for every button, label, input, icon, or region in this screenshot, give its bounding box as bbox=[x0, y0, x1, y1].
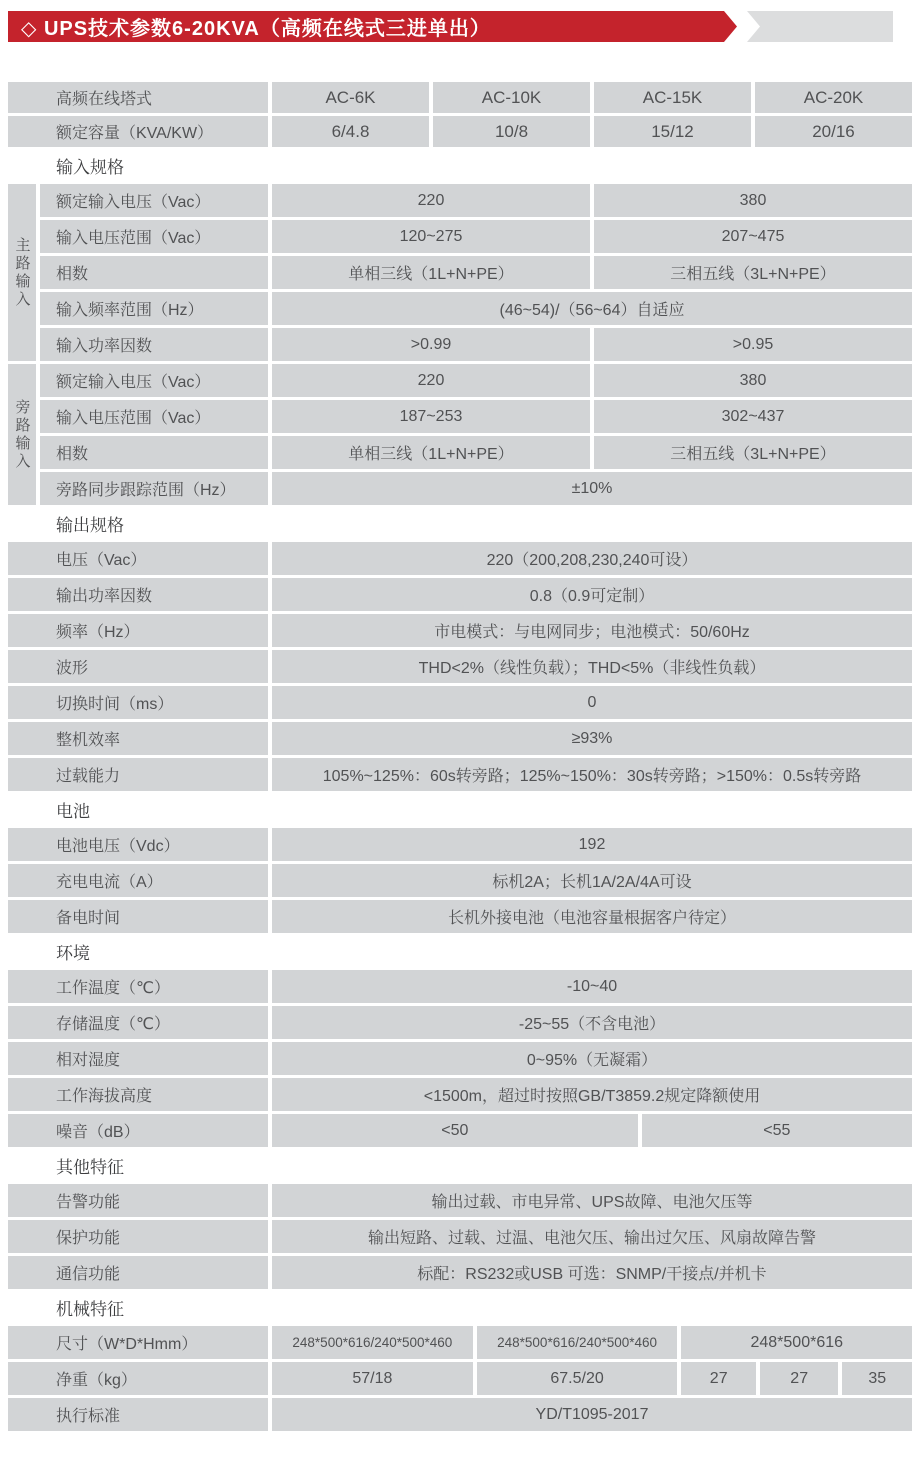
row-label: 备电时间 bbox=[8, 900, 268, 933]
row-cells: 120~275207~475 bbox=[272, 220, 912, 253]
row-cells: ±10% bbox=[272, 472, 912, 505]
section-heading-input: 输入规格 bbox=[8, 147, 912, 184]
row-label: 通信功能 bbox=[8, 1256, 268, 1289]
row-cells: <1500m，超过时按照GB/T3859.2规定降额使用 bbox=[272, 1078, 912, 1111]
spec-cell: 380 bbox=[594, 184, 912, 217]
spec-cell: 35 bbox=[842, 1362, 912, 1395]
spec-cell: 单相三线（1L+N+PE） bbox=[272, 436, 590, 469]
row-cells: >0.99>0.95 bbox=[272, 328, 912, 361]
spec-cell: 15/12 bbox=[594, 116, 751, 147]
row-cells: 0.8（0.9可定制） bbox=[272, 578, 912, 611]
row-label: 输出功率因数 bbox=[8, 578, 268, 611]
spec-cell: 标配：RS232或USB 可选：SNMP/干接点/并机卡 bbox=[272, 1256, 912, 1289]
row-cells: 长机外接电池（电池容量根据客户待定） bbox=[272, 900, 912, 933]
spec-cell: 输出短路、过载、过温、电池欠压、输出过欠压、风扇故障告警 bbox=[272, 1220, 912, 1253]
row-cells: 标配：RS232或USB 可选：SNMP/干接点/并机卡 bbox=[272, 1256, 912, 1289]
section-rows: 工作温度（℃）-10~40存储温度（℃）-25~55（不含电池）相对湿度0~95… bbox=[8, 970, 912, 1147]
spec-row: 净重（kg）57/1867.5/20272735 bbox=[8, 1362, 912, 1395]
row-label: 切换时间（ms） bbox=[8, 686, 268, 719]
spec-cell: 220 bbox=[272, 364, 590, 397]
spec-row: 输入功率因数>0.99>0.95 bbox=[40, 328, 912, 361]
spec-row: 额定输入电压（Vac）220380 bbox=[40, 184, 912, 217]
spec-cell: 输出过载、市电异常、UPS故障、电池欠压等 bbox=[272, 1184, 912, 1217]
row-cells: 220380 bbox=[272, 364, 912, 397]
spec-cell: >0.95 bbox=[594, 328, 912, 361]
section-rows: 告警功能输出过载、市电异常、UPS故障、电池欠压等保护功能输出短路、过载、过温、… bbox=[8, 1184, 912, 1289]
spec-cell: 187~253 bbox=[272, 400, 590, 433]
row-label: 额定容量（KVA/KW） bbox=[8, 116, 268, 147]
spec-cell: 380 bbox=[594, 364, 912, 397]
row-cells: THD<2%（线性负载）；THD<5%（非线性负载） bbox=[272, 650, 912, 683]
spec-row: 过载能力105%~125%：60s转旁路；125%~150%：30s转旁路；>1… bbox=[8, 758, 912, 791]
row-cells: 单相三线（1L+N+PE）三相五线（3L+N+PE） bbox=[272, 256, 912, 289]
row-label: 输入电压范围（Vac） bbox=[40, 400, 268, 433]
row-label: 保护功能 bbox=[8, 1220, 268, 1253]
spec-cell: 单相三线（1L+N+PE） bbox=[272, 256, 590, 289]
row-cells: 市电模式：与电网同步；电池模式：50/60Hz bbox=[272, 614, 912, 647]
row-label: 充电电流（A） bbox=[8, 864, 268, 897]
banner-tail-decoration bbox=[747, 11, 893, 42]
spec-cell: -25~55（不含电池） bbox=[272, 1006, 912, 1039]
spec-cell: AC-20K bbox=[755, 82, 912, 113]
row-label: 相数 bbox=[40, 256, 268, 289]
row-cells: ≥93% bbox=[272, 722, 912, 755]
row-label: 工作海拔高度 bbox=[8, 1078, 268, 1111]
page-title: ◇ UPS技术参数6-20KVA（高频在线式三进单出） bbox=[8, 11, 737, 42]
spec-cell: 0.8（0.9可定制） bbox=[272, 578, 912, 611]
spec-table: 高频在线塔式AC-6KAC-10KAC-15KAC-20K额定容量（KVA/KW… bbox=[8, 82, 912, 1431]
spec-row: 输入电压范围（Vac）187~253302~437 bbox=[40, 400, 912, 433]
spec-row: 输出功率因数0.8（0.9可定制） bbox=[8, 578, 912, 611]
row-label: 相数 bbox=[40, 436, 268, 469]
row-label: 输入电压范围（Vac） bbox=[40, 220, 268, 253]
spec-row: 输入电压范围（Vac）120~275207~475 bbox=[40, 220, 912, 253]
spec-row: 波形THD<2%（线性负载）；THD<5%（非线性负载） bbox=[8, 650, 912, 683]
row-cells: 192 bbox=[272, 828, 912, 861]
spec-row: 切换时间（ms）0 bbox=[8, 686, 912, 719]
spec-cell: (46~54)/（56~64）自适应 bbox=[272, 292, 912, 325]
section-heading-battery: 电池 bbox=[8, 791, 912, 828]
section-mechanical: 机械特征尺寸（W*D*Hmm）248*500*616/240*500*46024… bbox=[8, 1289, 912, 1431]
row-cells: YD/T1095-2017 bbox=[272, 1398, 912, 1431]
spec-row: 尺寸（W*D*Hmm）248*500*616/240*500*460248*50… bbox=[8, 1326, 912, 1359]
spec-row: 充电电流（A）标机2A；长机1A/2A/4A可设 bbox=[8, 864, 912, 897]
spec-cell: 市电模式：与电网同步；电池模式：50/60Hz bbox=[272, 614, 912, 647]
spec-cell: -10~40 bbox=[272, 970, 912, 1003]
spec-cell: AC-15K bbox=[594, 82, 751, 113]
spec-cell: 57/18 bbox=[272, 1362, 473, 1395]
group-vertical-label: 主路输入 bbox=[8, 184, 36, 361]
row-label: 噪音（dB） bbox=[8, 1114, 268, 1147]
row-label: 电池电压（Vdc） bbox=[8, 828, 268, 861]
row-cells: 57/1867.5/20272735 bbox=[272, 1362, 912, 1395]
row-cells: 6/4.810/815/1220/16 bbox=[272, 116, 912, 147]
spec-cell: ≥93% bbox=[272, 722, 912, 755]
spec-row: 电压（Vac）220（200,208,230,240可设） bbox=[8, 542, 912, 575]
row-label: 高频在线塔式 bbox=[8, 82, 268, 113]
spec-row: 通信功能标配：RS232或USB 可选：SNMP/干接点/并机卡 bbox=[8, 1256, 912, 1289]
spec-cell: 三相五线（3L+N+PE） bbox=[594, 436, 912, 469]
spec-cell: 302~437 bbox=[594, 400, 912, 433]
row-label: 输入功率因数 bbox=[40, 328, 268, 361]
capacity-row: 额定容量（KVA/KW）6/4.810/815/1220/16 bbox=[8, 116, 912, 147]
input-group-1: 旁路输入额定输入电压（Vac）220380输入电压范围（Vac）187~2533… bbox=[8, 364, 912, 505]
spec-cell: AC-6K bbox=[272, 82, 429, 113]
section-rows: 电压（Vac）220（200,208,230,240可设）输出功率因数0.8（0… bbox=[8, 542, 912, 791]
spec-cell: AC-10K bbox=[433, 82, 590, 113]
spec-row: 频率（Hz）市电模式：与电网同步；电池模式：50/60Hz bbox=[8, 614, 912, 647]
row-label: 过载能力 bbox=[8, 758, 268, 791]
row-cells: (46~54)/（56~64）自适应 bbox=[272, 292, 912, 325]
spec-cell: 248*500*616 bbox=[681, 1326, 912, 1359]
row-cells: 0 bbox=[272, 686, 912, 719]
row-label: 尺寸（W*D*Hmm） bbox=[8, 1326, 268, 1359]
row-label: 电压（Vac） bbox=[8, 542, 268, 575]
spec-row: 整机效率≥93% bbox=[8, 722, 912, 755]
spec-cell: 120~275 bbox=[272, 220, 590, 253]
spec-cell: 207~475 bbox=[594, 220, 912, 253]
row-cells: -25~55（不含电池） bbox=[272, 1006, 912, 1039]
spec-cell: 长机外接电池（电池容量根据客户待定） bbox=[272, 900, 912, 933]
row-label: 整机效率 bbox=[8, 722, 268, 755]
section-output: 输出规格电压（Vac）220（200,208,230,240可设）输出功率因数0… bbox=[8, 505, 912, 791]
spec-cell: 0 bbox=[272, 686, 912, 719]
spec-cell: 0~95%（无凝霜） bbox=[272, 1042, 912, 1075]
spec-row: 相对湿度0~95%（无凝霜） bbox=[8, 1042, 912, 1075]
spec-cell: 三相五线（3L+N+PE） bbox=[594, 256, 912, 289]
spec-row: 额定输入电压（Vac）220380 bbox=[40, 364, 912, 397]
row-cells: 输出短路、过载、过温、电池欠压、输出过欠压、风扇故障告警 bbox=[272, 1220, 912, 1253]
spec-row: 工作温度（℃）-10~40 bbox=[8, 970, 912, 1003]
page-title-text: ◇ UPS技术参数6-20KVA（高频在线式三进单出） bbox=[21, 12, 491, 41]
row-cells: -10~40 bbox=[272, 970, 912, 1003]
spec-cell: 67.5/20 bbox=[477, 1362, 678, 1395]
row-label: 相对湿度 bbox=[8, 1042, 268, 1075]
section-heading-output: 输出规格 bbox=[8, 505, 912, 542]
row-label: 净重（kg） bbox=[8, 1362, 268, 1395]
row-label: 额定输入电压（Vac） bbox=[40, 364, 268, 397]
row-cells: AC-6KAC-10KAC-15KAC-20K bbox=[272, 82, 912, 113]
spec-cell: <50 bbox=[272, 1114, 638, 1147]
row-label: 工作温度（℃） bbox=[8, 970, 268, 1003]
row-label: 执行标准 bbox=[8, 1398, 268, 1431]
group-rows: 额定输入电压（Vac）220380输入电压范围（Vac）120~275207~4… bbox=[40, 184, 912, 361]
row-cells: <50<55 bbox=[272, 1114, 912, 1147]
input-group-0: 主路输入额定输入电压（Vac）220380输入电压范围（Vac）120~2752… bbox=[8, 184, 912, 361]
row-cells: 0~95%（无凝霜） bbox=[272, 1042, 912, 1075]
row-cells: 105%~125%：60s转旁路；125%~150%：30s转旁路；>150%：… bbox=[272, 758, 912, 791]
section-heading-other: 其他特征 bbox=[8, 1147, 912, 1184]
spec-row: 输入频率范围（Hz）(46~54)/（56~64）自适应 bbox=[40, 292, 912, 325]
spec-cell: 248*500*616/240*500*460 bbox=[272, 1326, 473, 1359]
spec-row: 备电时间长机外接电池（电池容量根据客户待定） bbox=[8, 900, 912, 933]
title-banner: ◇ UPS技术参数6-20KVA（高频在线式三进单出） bbox=[8, 11, 912, 42]
group-vertical-label: 旁路输入 bbox=[8, 364, 36, 505]
spec-cell: 10/8 bbox=[433, 116, 590, 147]
spec-cell: 6/4.8 bbox=[272, 116, 429, 147]
spec-row: 相数单相三线（1L+N+PE）三相五线（3L+N+PE） bbox=[40, 256, 912, 289]
spec-cell: 105%~125%：60s转旁路；125%~150%：30s转旁路；>150%：… bbox=[272, 758, 912, 791]
group-rows: 额定输入电压（Vac）220380输入电压范围（Vac）187~253302~4… bbox=[40, 364, 912, 505]
row-label: 旁路同步跟踪范围（Hz） bbox=[40, 472, 268, 505]
spec-row: 存储温度（℃）-25~55（不含电池） bbox=[8, 1006, 912, 1039]
spec-cell: 27 bbox=[760, 1362, 839, 1395]
spec-cell: 192 bbox=[272, 828, 912, 861]
row-label: 输入频率范围（Hz） bbox=[40, 292, 268, 325]
section-rows: 电池电压（Vdc）192充电电流（A）标机2A；长机1A/2A/4A可设备电时间… bbox=[8, 828, 912, 933]
spec-cell: 248*500*616/240*500*460 bbox=[477, 1326, 678, 1359]
spec-cell: 标机2A；长机1A/2A/4A可设 bbox=[272, 864, 912, 897]
spec-row: 旁路同步跟踪范围（Hz）±10% bbox=[40, 472, 912, 505]
model-header-row: 高频在线塔式AC-6KAC-10KAC-15KAC-20K bbox=[8, 82, 912, 113]
row-cells: 220380 bbox=[272, 184, 912, 217]
row-cells: 187~253302~437 bbox=[272, 400, 912, 433]
spec-row: 工作海拔高度<1500m，超过时按照GB/T3859.2规定降额使用 bbox=[8, 1078, 912, 1111]
spec-cell: 27 bbox=[681, 1362, 756, 1395]
row-label: 额定输入电压（Vac） bbox=[40, 184, 268, 217]
row-cells: 输出过载、市电异常、UPS故障、电池欠压等 bbox=[272, 1184, 912, 1217]
header-block: 高频在线塔式AC-6KAC-10KAC-15KAC-20K额定容量（KVA/KW… bbox=[8, 82, 912, 147]
spec-cell: <1500m，超过时按照GB/T3859.2规定降额使用 bbox=[272, 1078, 912, 1111]
section-heading-mechanical: 机械特征 bbox=[8, 1289, 912, 1326]
spec-sheet-page: ◇ UPS技术参数6-20KVA（高频在线式三进单出） 高频在线塔式AC-6KA… bbox=[8, 11, 912, 1431]
row-label: 存储温度（℃） bbox=[8, 1006, 268, 1039]
row-label: 波形 bbox=[8, 650, 268, 683]
section-environment: 环境工作温度（℃）-10~40存储温度（℃）-25~55（不含电池）相对湿度0~… bbox=[8, 933, 912, 1147]
spec-row: 噪音（dB）<50<55 bbox=[8, 1114, 912, 1147]
row-cells: 220（200,208,230,240可设） bbox=[272, 542, 912, 575]
spec-cell: 220 bbox=[272, 184, 590, 217]
spec-cell: THD<2%（线性负载）；THD<5%（非线性负载） bbox=[272, 650, 912, 683]
spec-cell: YD/T1095-2017 bbox=[272, 1398, 912, 1431]
section-other: 其他特征告警功能输出过载、市电异常、UPS故障、电池欠压等保护功能输出短路、过载… bbox=[8, 1147, 912, 1289]
spec-row: 相数单相三线（1L+N+PE）三相五线（3L+N+PE） bbox=[40, 436, 912, 469]
row-label: 频率（Hz） bbox=[8, 614, 268, 647]
section-rows: 尺寸（W*D*Hmm）248*500*616/240*500*460248*50… bbox=[8, 1326, 912, 1431]
section-input: 输入规格主路输入额定输入电压（Vac）220380输入电压范围（Vac）120~… bbox=[8, 147, 912, 505]
spec-row: 告警功能输出过载、市电异常、UPS故障、电池欠压等 bbox=[8, 1184, 912, 1217]
row-cells: 单相三线（1L+N+PE）三相五线（3L+N+PE） bbox=[272, 436, 912, 469]
row-label: 告警功能 bbox=[8, 1184, 268, 1217]
row-cells: 标机2A；长机1A/2A/4A可设 bbox=[272, 864, 912, 897]
row-cells: 248*500*616/240*500*460248*500*616/240*5… bbox=[272, 1326, 912, 1359]
section-battery: 电池电池电压（Vdc）192充电电流（A）标机2A；长机1A/2A/4A可设备电… bbox=[8, 791, 912, 933]
spec-cell: <55 bbox=[642, 1114, 912, 1147]
spec-row: 执行标准YD/T1095-2017 bbox=[8, 1398, 912, 1431]
spec-cell: ±10% bbox=[272, 472, 912, 505]
spec-row: 电池电压（Vdc）192 bbox=[8, 828, 912, 861]
spec-cell: 20/16 bbox=[755, 116, 912, 147]
spec-cell: 220（200,208,230,240可设） bbox=[272, 542, 912, 575]
spec-row: 保护功能输出短路、过载、过温、电池欠压、输出过欠压、风扇故障告警 bbox=[8, 1220, 912, 1253]
section-heading-environment: 环境 bbox=[8, 933, 912, 970]
spec-cell: >0.99 bbox=[272, 328, 590, 361]
